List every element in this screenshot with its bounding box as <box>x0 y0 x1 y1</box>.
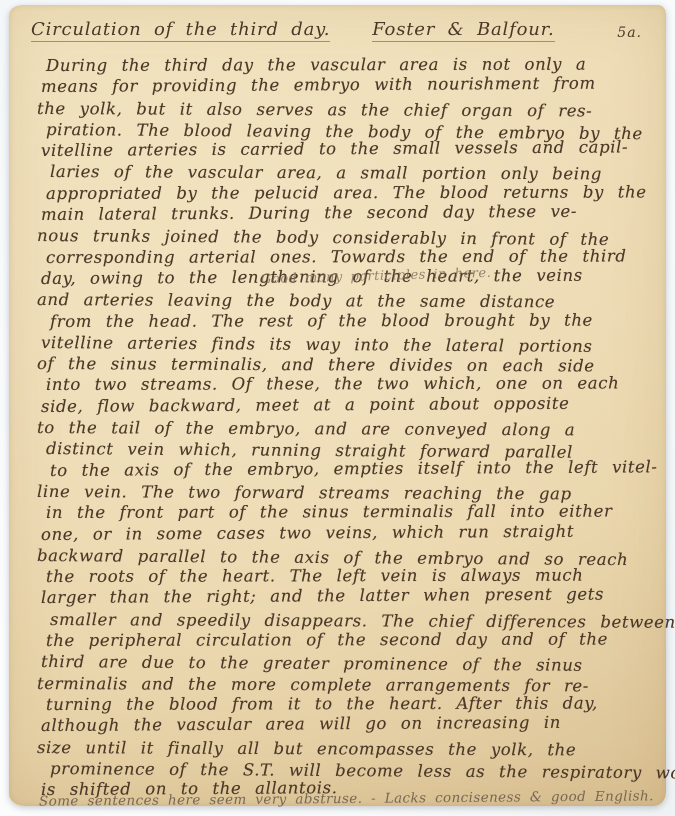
manuscript-line: larger than the right; and the latter wh… <box>41 584 652 609</box>
manuscript-line: from the head. The rest of the blood bro… <box>50 309 652 332</box>
manuscript-line: to the axis of the embryo, empties itsel… <box>50 456 652 481</box>
page-number: 5a. <box>617 25 642 41</box>
manuscript-line: one, or in some cases two veins, which r… <box>41 520 652 545</box>
manuscript-line: means for providing the embryo with nour… <box>41 73 652 98</box>
manuscript-line: to the tail of the embryo, and are conve… <box>37 417 652 441</box>
manuscript-line: vitelline arteries is carried to the sma… <box>41 136 652 161</box>
manuscript-page: 5a. Circulation of the third day. Foster… <box>9 5 666 806</box>
manuscript-line: the yolk, but it also serves as the chie… <box>37 98 652 122</box>
title-row: Circulation of the third day. Foster & B… <box>31 19 555 42</box>
attribution: Foster & Balfour. <box>372 19 554 42</box>
manuscript-line: size until it finally all but encompasse… <box>37 737 652 761</box>
manuscript-line: the peripheral circulation of the second… <box>46 628 652 651</box>
manuscript-body: During the third day the vascular area i… <box>35 55 652 800</box>
page-title: Circulation of the third day. <box>31 19 330 42</box>
manuscript-line: although the vascular area will go on in… <box>41 711 652 736</box>
manuscript-line: side, flow backward, meet at a point abo… <box>41 392 652 417</box>
manuscript-line: main lateral trunks. During the second d… <box>41 200 652 225</box>
